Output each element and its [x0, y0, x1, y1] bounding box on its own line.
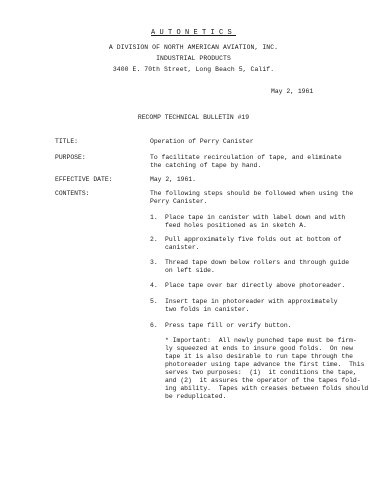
purpose-line-2: the catching of tape by hand. — [150, 162, 261, 170]
company-name: AUTONETICS — [0, 29, 387, 37]
document-date: May 2, 1961 — [271, 88, 313, 96]
step-text: Place tape in canister with label down a… — [165, 214, 345, 230]
division-line: A DIVISION OF NORTH AMERICAN AVIATION, I… — [0, 44, 387, 51]
effective-date-label: EFFECTIVE DATE: — [55, 176, 113, 184]
important-note: * Important: All newly punched tape must… — [165, 337, 368, 401]
step-text: Pull approximately five folds out at bot… — [165, 236, 341, 252]
bulletin-title: RECOMP TECHNICAL BULLETIN #19 — [0, 114, 387, 122]
step-text: Place tape over bar directly above photo… — [165, 282, 345, 290]
purpose-line-1: To facilitate recirculation of tape, and… — [150, 154, 342, 162]
title-label: TITLE: — [55, 138, 78, 146]
step-number: 3. — [150, 259, 158, 267]
address-line: 3400 E. 70th Street, Long Beach 5, Calif… — [0, 66, 387, 73]
step-text: Thread tape down below rollers and throu… — [165, 259, 349, 275]
step-number: 1. — [150, 214, 158, 222]
contents-label: CONTENTS: — [55, 190, 90, 198]
step-text: Press tape fill or verify button. — [165, 322, 292, 330]
step-text: Insert tape in photoreader with approxim… — [165, 298, 338, 314]
unit-line: INDUSTRIAL PRODUCTS — [0, 55, 387, 62]
effective-date-value: May 2, 1961. — [150, 176, 196, 184]
step-number: 4. — [150, 282, 158, 290]
title-value: Operation of Perry Canister — [150, 138, 254, 146]
contents-intro-2: Perry Canister. — [150, 198, 208, 206]
step-number: 5. — [150, 298, 158, 306]
step-number: 2. — [150, 236, 158, 244]
contents-intro-1: The following steps should be followed w… — [150, 190, 353, 198]
step-number: 6. — [150, 322, 158, 330]
purpose-label: PURPOSE: — [55, 154, 86, 162]
